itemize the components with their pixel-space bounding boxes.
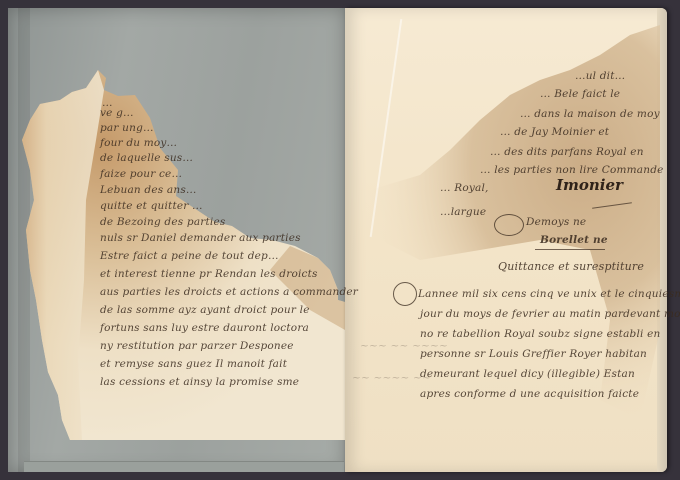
left-line: Lebuan des ans… [100,184,197,196]
right-body-line: jour du moys de fevrier au matin pardeva… [420,308,680,320]
left-line: four du moy… [100,137,177,149]
left-line: fortuns sans luy estre dauront loctora [100,322,309,334]
right-body-line: demeurant lequel dicy (illegible) Estan [420,368,635,380]
left-line: aus parties les droicts et actions a com… [100,286,358,298]
left-line: par ung… [100,122,154,134]
margin-note: …largue [440,206,486,218]
right-upper-line: … de Jay Moinier et [500,126,609,138]
left-line: de laquelle sus… [100,152,193,164]
manuscript-photo: … ve g… par ung… four du moy… de laquell… [0,0,680,480]
section-underline [535,249,605,250]
right-body-line: apres conforme d une acquisition faicte [420,388,639,400]
right-upper-line: …ul dit… [575,70,625,82]
right-body-line: no re tabellion Royal soubz signe establ… [420,328,661,340]
initial-flourish [393,282,417,306]
signature-imonier: Imonier [556,176,623,194]
left-line: et interest tienne pr Rendan les droicts [100,268,318,280]
right-body-line: Lannee mil six cens cinq ve unix et le c… [418,288,680,300]
left-line: las cessions et ainsy la promise sme [100,376,299,388]
right-upper-line: … les parties non lire Commande [480,164,664,176]
right-upper-line: … Royal, [440,182,489,194]
bleed-through-text: ~~ ~~~~ ~~ [352,372,431,384]
left-line: de las somme ayz ayant droict pour le [100,304,310,316]
right-upper-line: … des dits parfans Royal en [490,146,644,158]
right-upper-line: … Bele faict le [540,88,620,100]
left-line: ve g… [100,107,134,119]
right-upper-line: … dans la maison de moy [520,108,660,120]
section-mark: Borellet ne [540,234,608,246]
left-line: quitte et quitter … [100,200,203,212]
bleed-through-text: ~~~ ~~ ~~~~ [360,340,448,352]
flourish-mark [494,214,524,236]
right-body-line: personne sr Louis Greffier Royer habitan [420,348,647,360]
section-mark: Demoys ne [526,216,586,228]
left-line: ny restitution par parzer Desponee [100,340,294,352]
left-line: et remyse sans guez Il manoit fait [100,358,287,370]
left-line: faize pour ce… [100,168,182,180]
heading: Quittance et suresptiture [498,260,644,273]
left-line: de Bezoing des parties [100,216,225,228]
left-line: nuls sr Daniel demander aux parties [100,232,301,244]
left-line: Estre faict a peine de tout dep… [100,250,279,262]
